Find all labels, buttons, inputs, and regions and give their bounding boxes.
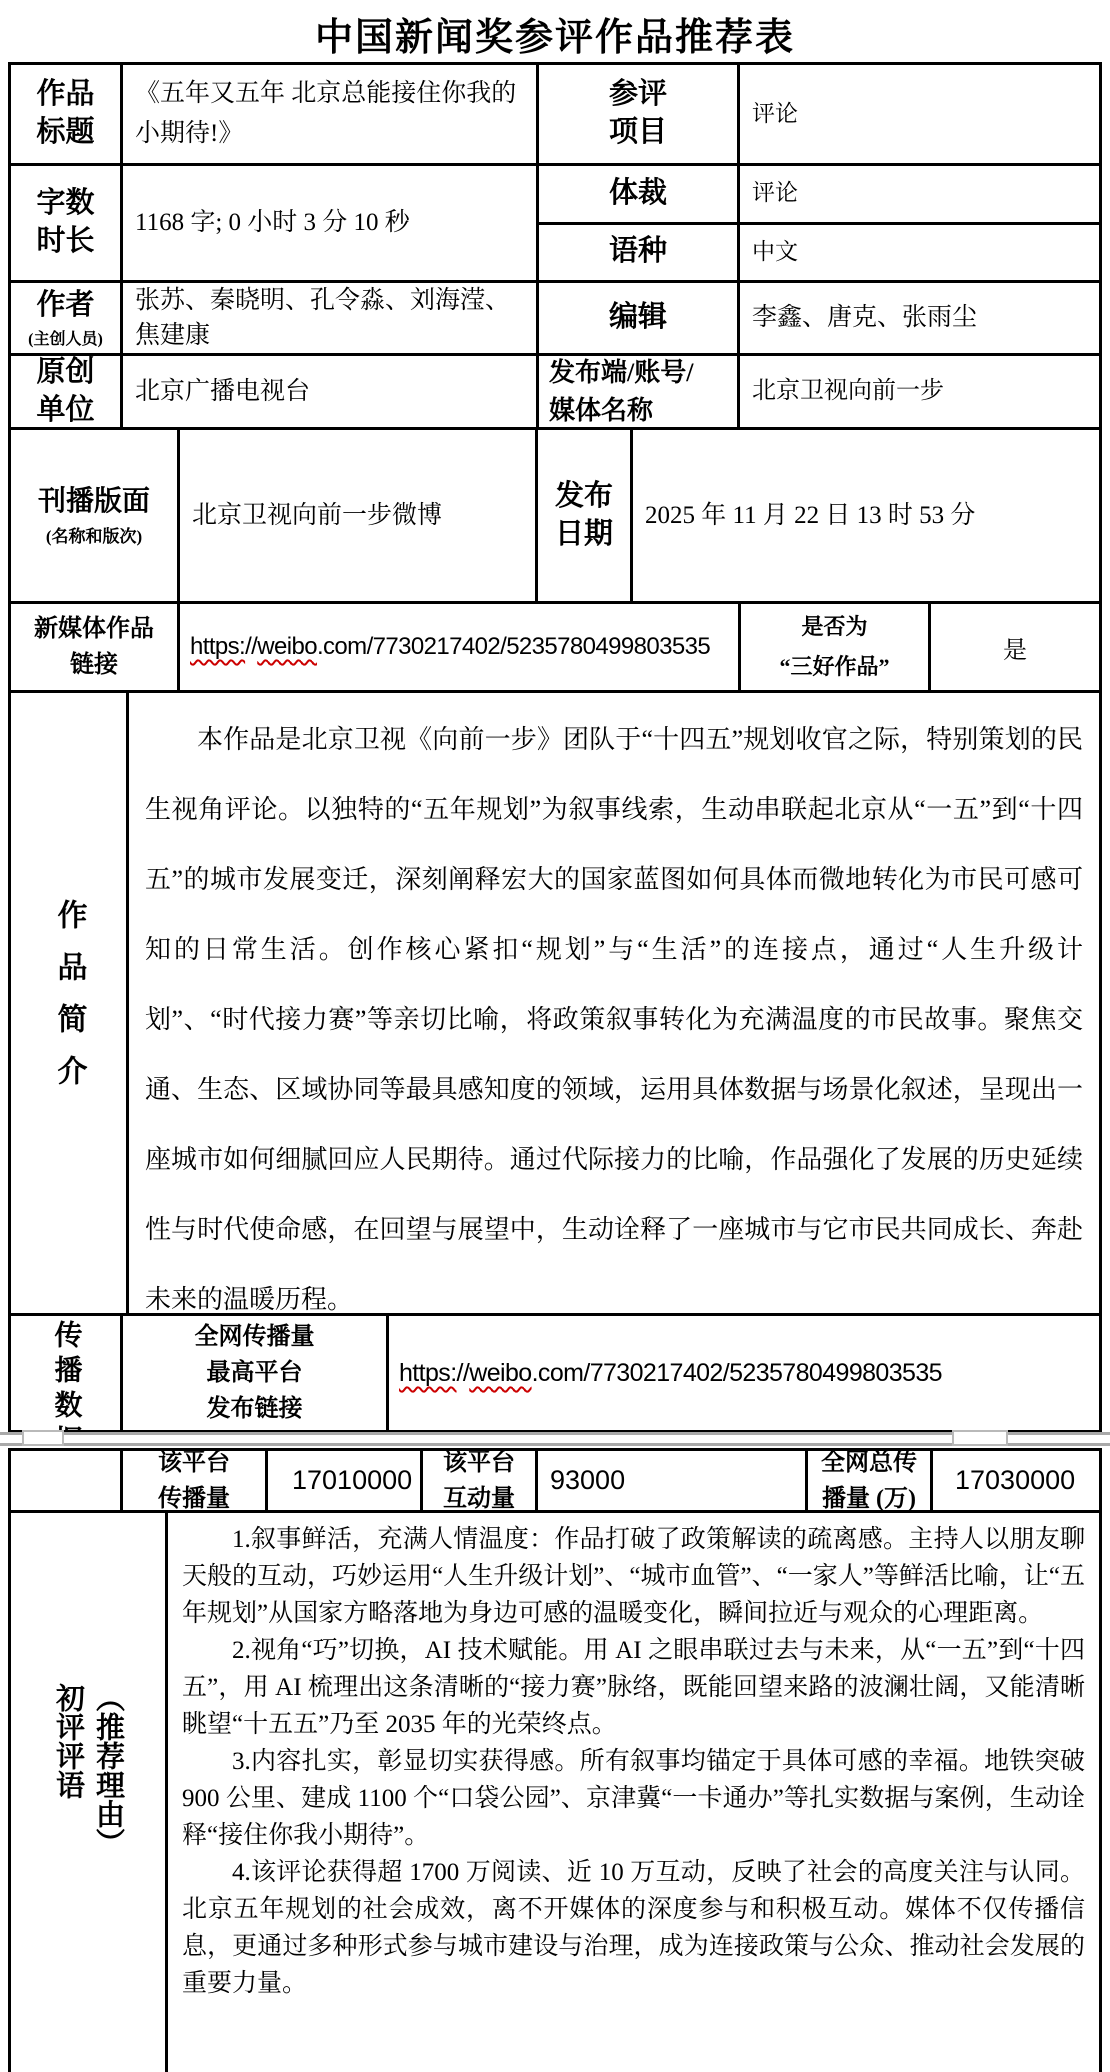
- row-work-title: 作品 标题 《五年又五年 北京总能接住你我的小期待!》 参评 项目 评论: [11, 65, 1099, 166]
- spread-link-label: 全网传播量 最高平台 发布链接: [123, 1316, 389, 1430]
- new-media-url-link[interactable]: https://weibo.com/7730217402/52357804998…: [180, 630, 738, 664]
- original-unit-value: 北京广播电视台: [123, 356, 539, 427]
- editor-label: 编辑: [539, 283, 740, 353]
- new-media-url-cell: https://weibo.com/7730217402/52357804998…: [180, 604, 741, 690]
- platform-spread-label: 该平台 传播量: [123, 1451, 268, 1510]
- work-title-value: 《五年又五年 北京总能接住你我的小期待!》: [123, 65, 539, 163]
- publish-date-label: 发布 日期: [538, 430, 633, 601]
- metrics-spacer-cell: [11, 1451, 123, 1510]
- new-media-link-label: 新媒体作品 链接: [11, 604, 180, 690]
- three-good-label: 是否为 “三好作品”: [741, 604, 931, 690]
- work-title-label: 作品 标题: [11, 65, 123, 163]
- url-path-text: .com/7730217402/5235780499803535: [532, 1359, 942, 1387]
- platform-spread-value: 17010000: [268, 1451, 423, 1510]
- page-break-line-top: [0, 1432, 1110, 1435]
- recommendation-label-cell: （推荐理由）初评评语: [11, 1513, 168, 2072]
- length-label: 字数 时长: [11, 166, 123, 280]
- url-scheme-text: https:: [190, 633, 245, 660]
- author-value: 张苏、秦晓明、孔令淼、刘海滢、焦建康: [123, 283, 539, 353]
- language-label: 语种: [539, 225, 740, 281]
- platform-interaction-value: 93000: [538, 1451, 808, 1510]
- publish-date-value: 2025 年 11 月 22 日 13 时 53 分: [633, 430, 1099, 601]
- author-sublabel: (主创人员): [28, 326, 103, 349]
- recommendation-label-outer: （推荐理由）: [88, 1683, 128, 1903]
- url-path-text: .com/7730217402/5235780499803535: [317, 633, 710, 660]
- spread-label-cell: 传播数据: [11, 1316, 123, 1430]
- total-spread-label: 全网总传 播量 (万): [808, 1451, 933, 1510]
- row-recommendation: （推荐理由）初评评语 1.叙事鲜活，充满人情温度：作品打破了政策解读的疏离感。主…: [11, 1513, 1099, 2072]
- author-label: 作者: [36, 287, 94, 325]
- three-good-value: 是: [931, 604, 1099, 690]
- row-length-genre: 字数 时长 1168 字; 0 小时 3 分 10 秒 体裁 评论 语种 中文: [11, 166, 1099, 283]
- spread-label: 传播数据: [46, 1320, 86, 1430]
- entry-item-value: 评论: [740, 65, 1099, 163]
- page-title: 中国新闻奖参评作品推荐表: [0, 6, 1110, 61]
- summary-text-cell: 本作品是北京卫视《向前一步》团队于“十四五”规划收官之际，特别策划的民生视角评论…: [129, 693, 1099, 1313]
- summary-label: 作品简介: [47, 899, 91, 1107]
- row-language: 语种 中文: [539, 225, 1099, 281]
- publish-account-label: 发布端/账号/ 媒体名称: [539, 356, 740, 427]
- recommendation-form-table-page2: 该平台 传播量 17010000 该平台 互动量 93000 全网总传 播量 (…: [8, 1448, 1102, 2072]
- row-link-threegood: 新媒体作品 链接 https://weibo.com/7730217402/52…: [11, 604, 1099, 693]
- spread-url-link[interactable]: https://weibo.com/7730217402/52357804998…: [389, 1356, 1099, 1390]
- platform-interaction-label: 该平台 互动量: [423, 1451, 538, 1510]
- page-break-stub-right: [952, 1430, 1008, 1446]
- url-slashes-text: //: [245, 633, 257, 660]
- summary-text: 本作品是北京卫视《向前一步》团队于“十四五”规划收官之际，特别策划的民生视角评论…: [129, 693, 1099, 1313]
- url-host-text: weibo: [469, 1359, 531, 1387]
- length-value: 1168 字; 0 小时 3 分 10 秒: [123, 166, 539, 280]
- row-author-editor: 作者 (主创人员) 张苏、秦晓明、孔令淼、刘海滢、焦建康 编辑 李鑫、唐克、张雨…: [11, 283, 1099, 356]
- recommendation-paragraph-1: 1.叙事鲜活，充满人情温度：作品打破了政策解读的疏离感。主持人以朋友聊天般的互动…: [182, 1521, 1085, 1632]
- url-scheme-text: https:: [399, 1359, 457, 1387]
- original-unit-label: 原创 单位: [11, 356, 123, 427]
- editor-value: 李鑫、唐克、张雨尘: [740, 283, 1099, 353]
- summary-label-cell: 作品简介: [11, 693, 129, 1313]
- page-break-stub-left: [22, 1430, 64, 1446]
- document-page: 中国新闻奖参评作品推荐表 作品 标题 《五年又五年 北京总能接住你我的小期待!》…: [0, 0, 1110, 2072]
- recommendation-label: （推荐理由）初评评语: [48, 1683, 128, 1903]
- recommendation-paragraph-4: 4.该评论获得超 1700 万阅读、近 10 万互动，反映了社会的高度关注与认同…: [182, 1854, 1085, 2002]
- recommendation-paragraph-3: 3.内容扎实，彰显切实获得感。所有叙事均锚定于具体可感的幸福。地铁突破 900 …: [182, 1743, 1085, 1854]
- row-unit-account: 原创 单位 北京广播电视台 发布端/账号/ 媒体名称 北京卫视向前一步: [11, 356, 1099, 430]
- genre-label: 体裁: [539, 166, 740, 222]
- row-metrics: 该平台 传播量 17010000 该平台 互动量 93000 全网总传 播量 (…: [11, 1451, 1099, 1513]
- recommendation-text-cell: 1.叙事鲜活，充满人情温度：作品打破了政策解读的疏离感。主持人以朋友聊天般的互动…: [168, 1513, 1099, 2072]
- row-page-date: 刊播版面 (名称和版次) 北京卫视向前一步微博 发布 日期 2025 年 11 …: [11, 430, 1099, 604]
- genre-language-group: 体裁 评论 语种 中文: [539, 166, 1099, 280]
- genre-value: 评论: [740, 166, 1099, 222]
- url-slashes-text: //: [457, 1359, 470, 1387]
- row-genre: 体裁 评论: [539, 166, 1099, 225]
- url-host-text: weibo: [257, 633, 317, 660]
- publish-page-label-cell: 刊播版面 (名称和版次): [11, 430, 180, 601]
- entry-item-label: 参评 项目: [539, 65, 740, 163]
- recommendation-form-table: 作品 标题 《五年又五年 北京总能接住你我的小期待!》 参评 项目 评论 字数 …: [8, 62, 1102, 1433]
- publish-page-sublabel: (名称和版次): [46, 522, 142, 547]
- publish-page-value: 北京卫视向前一步微博: [180, 430, 538, 601]
- language-value: 中文: [740, 225, 1099, 281]
- publish-page-label: 刊播版面: [38, 484, 150, 520]
- row-spread-link: 传播数据 全网传播量 最高平台 发布链接 https://weibo.com/7…: [11, 1316, 1099, 1430]
- total-spread-value: 17030000: [933, 1451, 1099, 1510]
- spread-url-cell: https://weibo.com/7730217402/52357804998…: [389, 1316, 1099, 1430]
- author-label-cell: 作者 (主创人员): [11, 283, 123, 353]
- publish-account-value: 北京卫视向前一步: [740, 356, 1099, 427]
- recommendation-paragraph-2: 2.视角“巧”切换，AI 技术赋能。用 AI 之眼串联过去与未来，从“一五”到“…: [182, 1632, 1085, 1743]
- row-summary: 作品简介 本作品是北京卫视《向前一步》团队于“十四五”规划收官之际，特别策划的民…: [11, 693, 1099, 1316]
- recommendation-label-inner: 初评评语: [48, 1683, 88, 1903]
- page-break-line-bottom: [0, 1443, 1110, 1446]
